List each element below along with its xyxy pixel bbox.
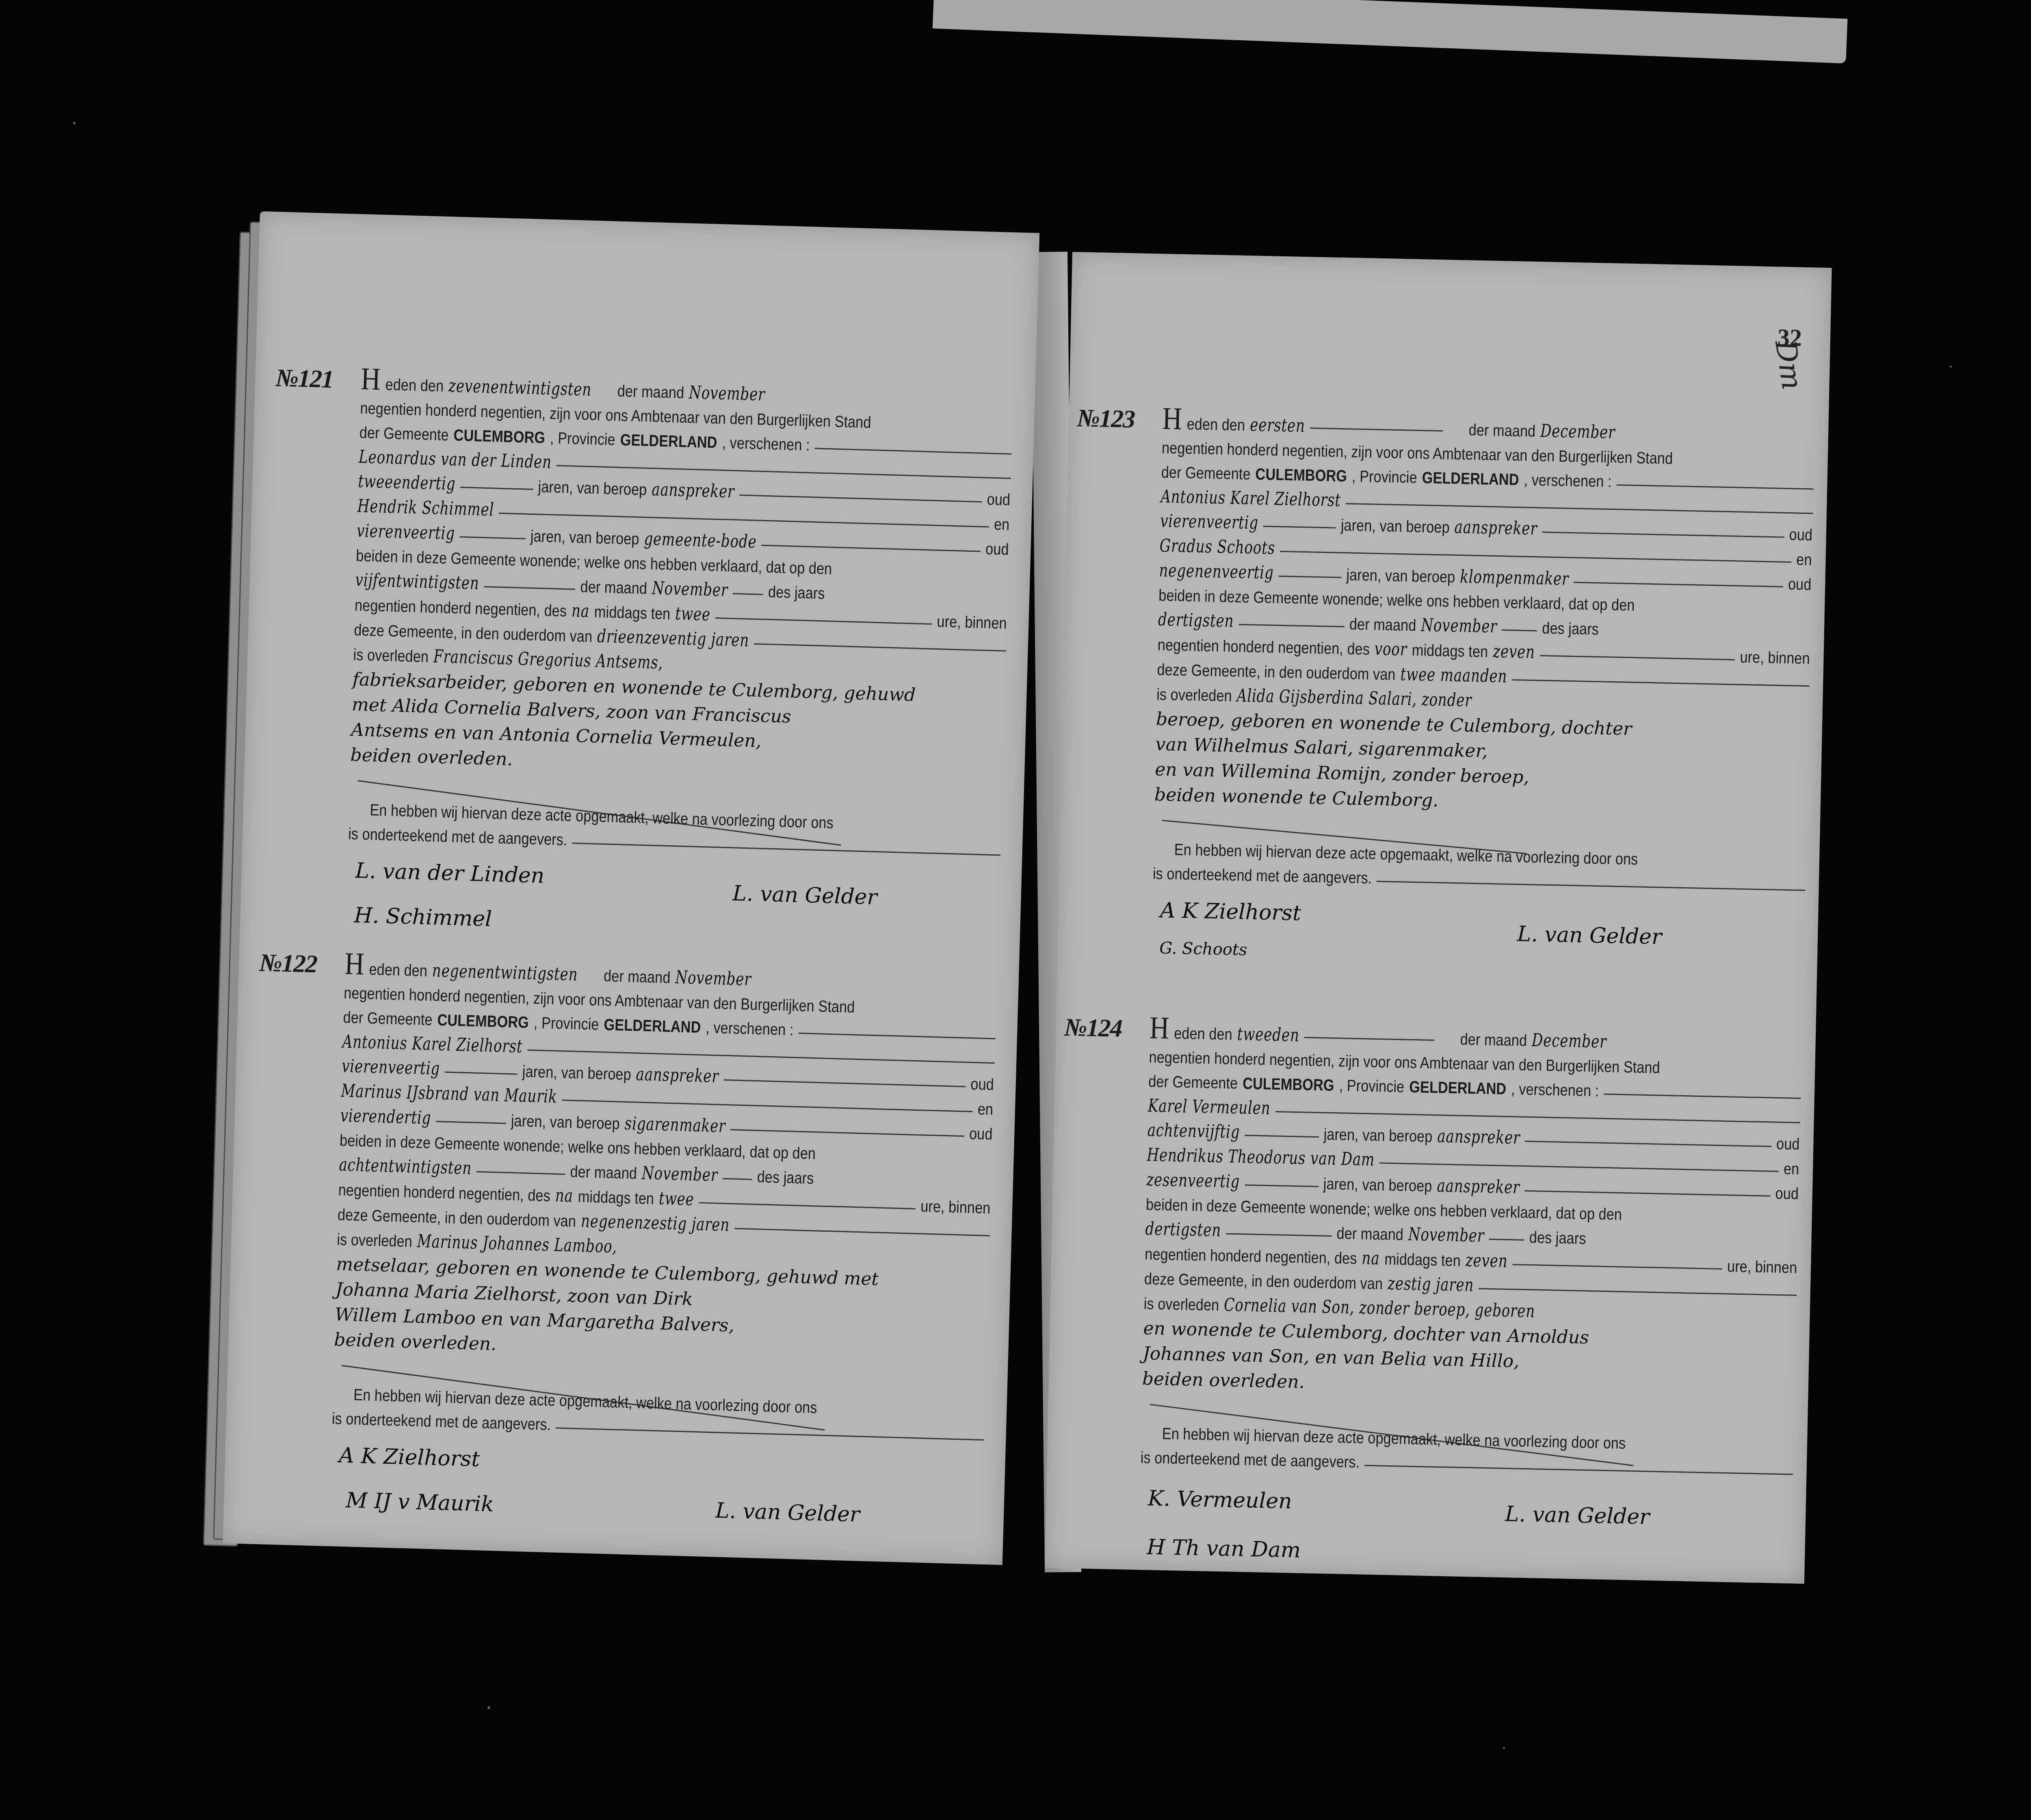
signature: K. Vermeulen [1148, 1486, 1292, 1514]
record-number: №121 [275, 364, 334, 394]
film-speck [73, 122, 76, 124]
signature: H Th van Dam [1147, 1535, 1301, 1563]
record-122: №122 Heden dennegenentwintigstender maan… [328, 953, 998, 1563]
adjacent-page-edge [933, 0, 1848, 63]
signature: G. Schoots [1159, 939, 1247, 960]
signatures: A K Zielhorst G. Schoots L. van Gelder [1150, 894, 1806, 1013]
record-123: №123 Heden deneerstender maandDecember n… [1150, 408, 1816, 1013]
declarant2-name: Hendrik Schimmel [357, 494, 494, 522]
day-written: zevenentwintigsten [448, 374, 592, 402]
signature-registrar: L. van Gelder [732, 881, 877, 910]
record-121: №121 Heden denzevenentwintigstender maan… [345, 368, 1015, 978]
signatures: K. Vermeulen H Th van Dam L. van Gelder [1138, 1478, 1794, 1597]
signature: L. van der Linden [355, 858, 545, 888]
record-124: №124 Heden dentweedender maandDecember n… [1138, 1017, 1804, 1597]
film-speck [1503, 1747, 1505, 1749]
record-number: №122 [259, 949, 317, 979]
signature: A K Zielhorst [1160, 898, 1301, 925]
left-page: №121 Heden denzevenentwintigstender maan… [223, 211, 1039, 1565]
signature-registrar: L. van Gelder [1505, 1502, 1650, 1529]
record-number: №123 [1077, 404, 1135, 434]
signatures: A K Zielhorst M IJ v Maurik L. van Gelde… [328, 1439, 985, 1563]
month: November [689, 381, 765, 407]
film-speck [1950, 366, 1952, 368]
right-page: 32 Dm №123 Heden deneerstender maandDece… [1045, 252, 1832, 1584]
signature: M IJ v Maurik [346, 1488, 494, 1517]
signature: H. Schimmel [354, 903, 492, 931]
registrar-initials: Dm [1768, 338, 1809, 392]
signature-registrar: L. van Gelder [715, 1499, 860, 1527]
signature: A K Zielhorst [339, 1443, 480, 1472]
signature-registrar: L. van Gelder [1517, 922, 1662, 949]
film-speck [487, 1706, 490, 1709]
record-number: №124 [1064, 1013, 1122, 1043]
